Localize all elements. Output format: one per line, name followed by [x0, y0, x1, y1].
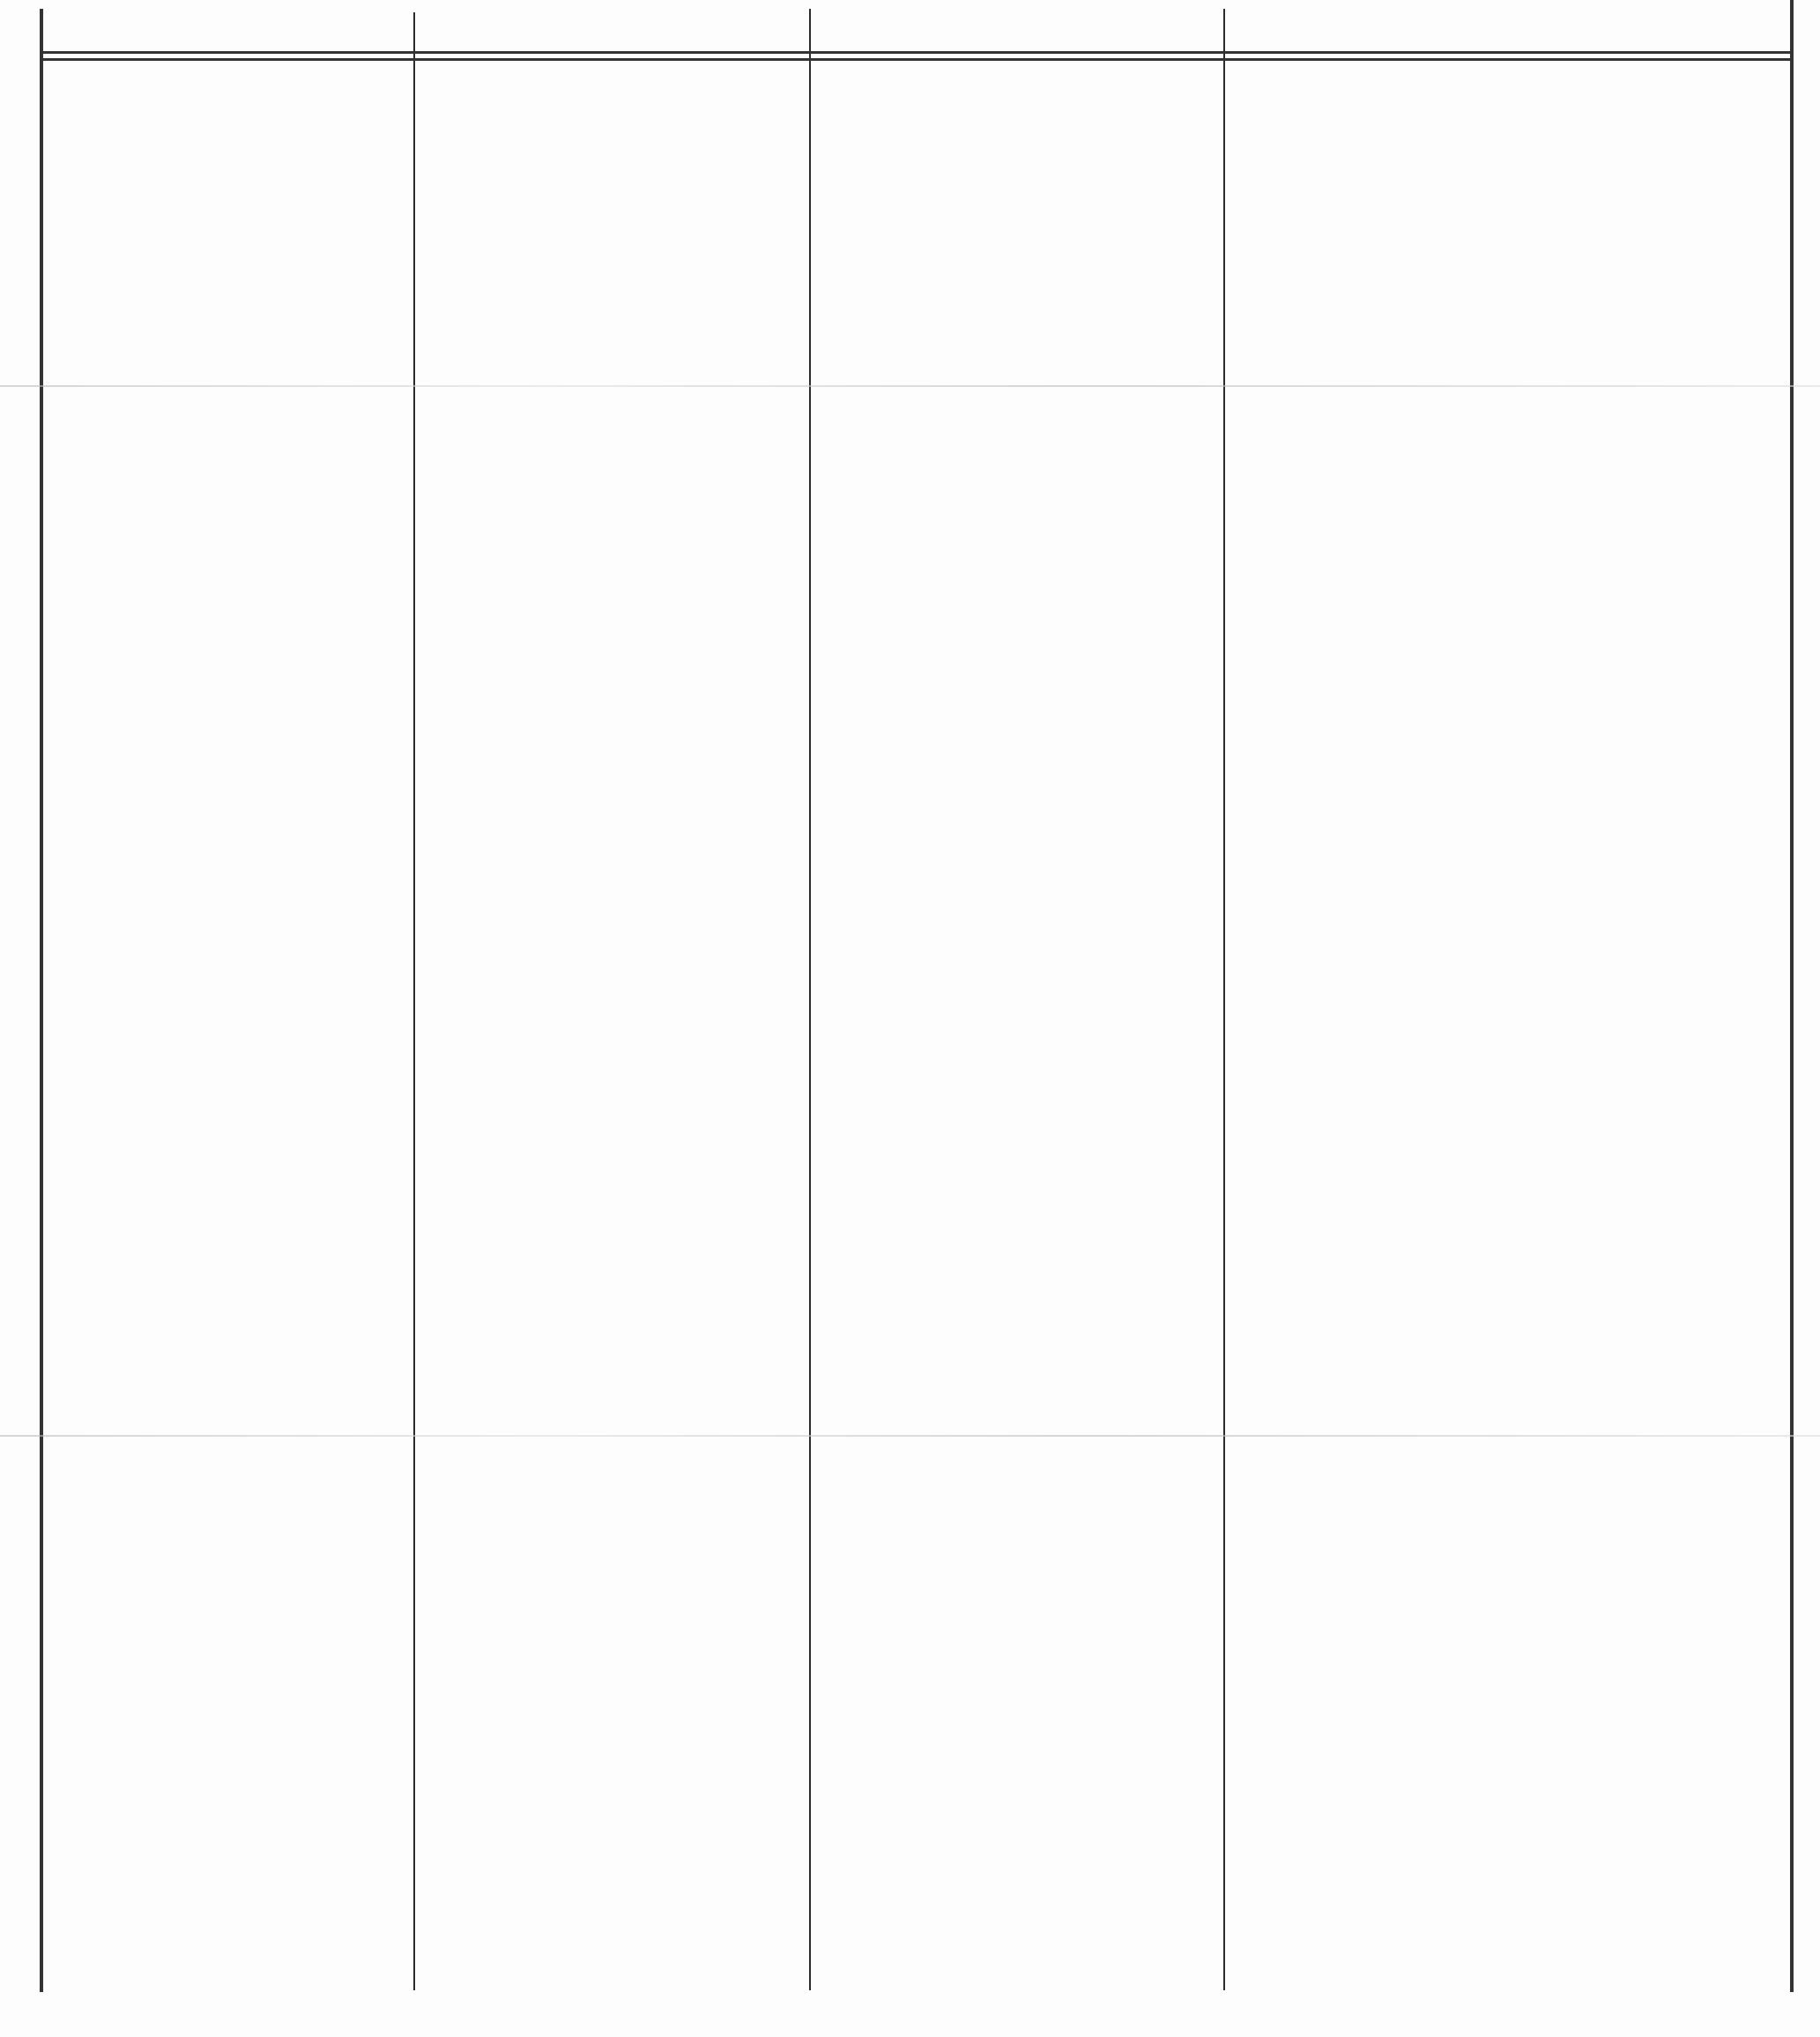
column-divider-result	[413, 12, 415, 1990]
header-divider-top	[41, 51, 1794, 54]
column-divider-reference	[809, 9, 811, 1990]
table-border-left	[40, 9, 43, 1992]
paper-fold	[0, 385, 1820, 387]
header-divider-bottom	[41, 58, 1794, 61]
column-divider-comment	[1223, 9, 1225, 1990]
paper-fold	[0, 1435, 1820, 1437]
table-border-right	[1790, 0, 1794, 1992]
